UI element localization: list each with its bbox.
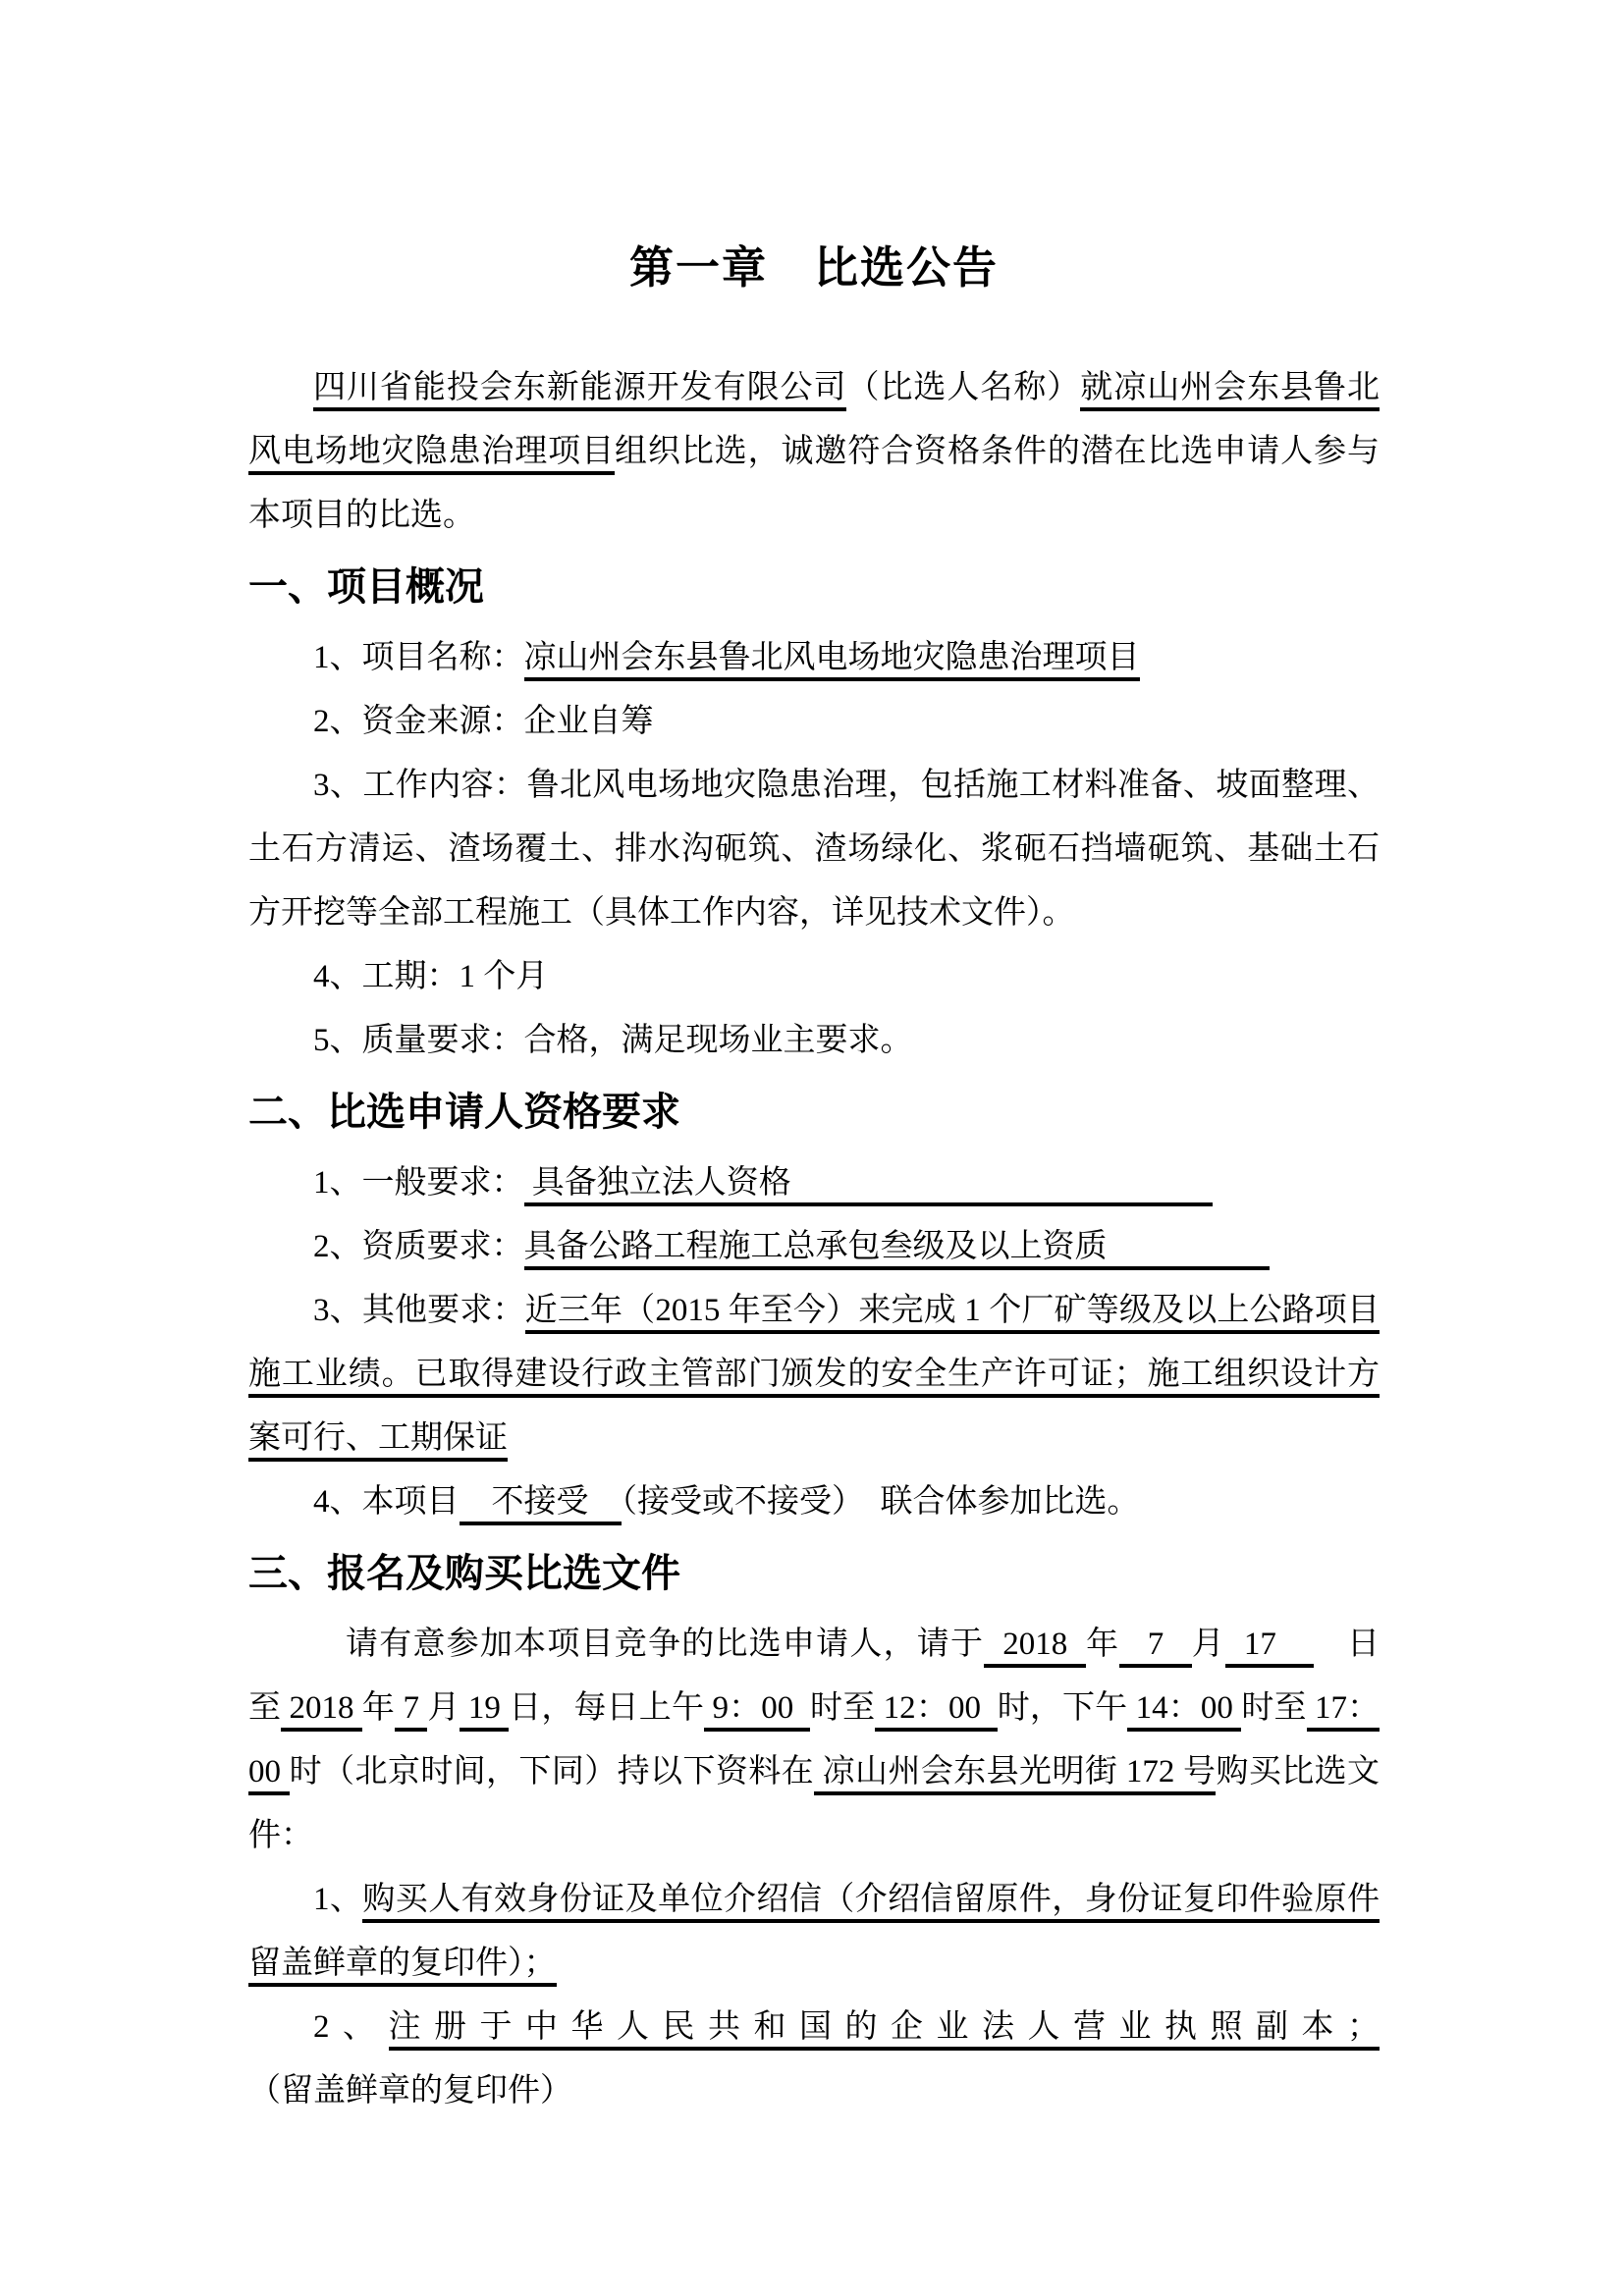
text-run: （留盖鲜章的复印件） bbox=[248, 2073, 572, 2109]
other-requirement-item: 3、其他要求：近三年（2015 年至今）来完成 1 个厂矿等级及以上公路项目施工… bbox=[248, 1279, 1380, 1470]
underlined-text-run: 注册于中华人民共和国的企业法人营业执照副本； bbox=[389, 2009, 1380, 2051]
registration-paragraph: 请有意参加本项目竞争的比选申请人，请于 2018 年 7 月 17 日至 201… bbox=[248, 1613, 1380, 1868]
text-run: 4、本项目 bbox=[313, 1484, 460, 1520]
general-requirement-item: 1、一般要求： 具备独立法人资格 bbox=[248, 1151, 1380, 1215]
project-name-item: 1、项目名称：凉山州会东县鲁北风电场地灾隐患治理项目 bbox=[248, 626, 1380, 690]
underlined-text-run: 不接受 bbox=[460, 1484, 622, 1525]
text-run: 时，下午 bbox=[998, 1690, 1128, 1726]
text-run: 三、报名及购买比选文件 bbox=[248, 1551, 680, 1595]
underlined-text-run: 具备独立法人资格 bbox=[524, 1165, 1213, 1206]
text-run: 3、其他要求： bbox=[313, 1293, 525, 1328]
text-run: 1、 bbox=[313, 1882, 362, 1917]
qualification-requirement-item: 2、资质要求：具备公路工程施工总承包叁级及以上资质 bbox=[248, 1215, 1380, 1279]
section-1-heading: 一、项目概况 bbox=[248, 548, 1380, 626]
intro-paragraph: 四川省能投会东新能源开发有限公司（比选人名称）就凉山州会东县鲁北风电场地灾隐患治… bbox=[248, 356, 1380, 548]
text-run: 1、一般要求： bbox=[313, 1165, 524, 1201]
work-content-item: 3、工作内容：鲁北风电场地灾隐患治理，包括施工材料准备、坡面整理、土石方清运、渣… bbox=[248, 754, 1380, 945]
document-page: 第一章 比选公告 四川省能投会东新能源开发有限公司（比选人名称）就凉山州会东县鲁… bbox=[0, 0, 1624, 2296]
underlined-text-run: 四川省能投会东新能源开发有限公司 bbox=[313, 370, 846, 411]
text-run: 请有意参加本项目竞争的比选申请人，请于 bbox=[346, 1627, 984, 1662]
text-run: 月 bbox=[427, 1690, 460, 1726]
text-run: 年 bbox=[362, 1690, 395, 1726]
underlined-text-run: 2018 bbox=[984, 1627, 1086, 1668]
text-run: 2、资质要求： bbox=[313, 1229, 524, 1264]
underlined-text-run: 具备公路工程施工总承包叁级及以上资质 bbox=[524, 1229, 1270, 1270]
text-run: （比选人名称） bbox=[846, 370, 1080, 405]
text-run: 年 bbox=[1086, 1627, 1119, 1662]
text-run: 时至 bbox=[810, 1690, 875, 1726]
underlined-text-run: 17 bbox=[1225, 1627, 1314, 1668]
consortium-item: 4、本项目 不接受 （接受或不接受） 联合体参加比选。 bbox=[248, 1470, 1380, 1534]
underlined-text-run: 12：00 bbox=[875, 1690, 997, 1732]
text-run: 一、项目概况 bbox=[248, 564, 484, 609]
document-body: 四川省能投会东新能源开发有限公司（比选人名称）就凉山州会东县鲁北风电场地灾隐患治… bbox=[248, 356, 1380, 2123]
section-2-heading: 二、比选申请人资格要求 bbox=[248, 1073, 1380, 1151]
text-run: 3、工作内容：鲁北风电场地灾隐患治理，包括施工材料准备、坡面整理、土石方清运、渣… bbox=[248, 768, 1380, 931]
underlined-text-run: 凉山州会东县光明街 172 号 bbox=[814, 1754, 1216, 1795]
text-run: 时（北京时间，下同）持以下资料在 bbox=[290, 1754, 814, 1789]
text-run: 时至 bbox=[1241, 1690, 1306, 1726]
text-run: 月 bbox=[1192, 1627, 1225, 1662]
text-run: （接受或不接受） 联合体参加比选。 bbox=[622, 1484, 1140, 1520]
quality-item: 5、质量要求：合格，满足现场业主要求。 bbox=[248, 1009, 1380, 1073]
underlined-text-run: 19 bbox=[460, 1690, 509, 1732]
text-run: 5、质量要求：合格，满足现场业主要求。 bbox=[313, 1023, 913, 1058]
funding-source-item: 2、资金来源：企业自筹 bbox=[248, 690, 1380, 754]
chapter-title: 第一章 比选公告 bbox=[248, 239, 1380, 297]
text-run: 2、 bbox=[313, 2009, 389, 2045]
underlined-text-run: 9：00 bbox=[704, 1690, 810, 1732]
underlined-text-run: 14：00 bbox=[1127, 1690, 1241, 1732]
underlined-text-run: 凉山州会东县鲁北风电场地灾隐患治理项目 bbox=[524, 640, 1140, 681]
purchase-material-1-item: 1、购买人有效身份证及单位介绍信（介绍信留原件，身份证复印件验原件留盖鲜章的复印… bbox=[248, 1868, 1380, 1996]
underlined-text-run: 购买人有效身份证及单位介绍信（介绍信留原件，身份证复印件验原件留盖鲜章的复印件）… bbox=[248, 1882, 1380, 1987]
text-run: 日，每日上午 bbox=[509, 1690, 704, 1726]
text-run: 2、资金来源：企业自筹 bbox=[313, 704, 654, 739]
duration-item: 4、工期：1 个月 bbox=[248, 945, 1380, 1009]
section-3-heading: 三、报名及购买比选文件 bbox=[248, 1534, 1380, 1613]
purchase-material-2-item: 2、注册于中华人民共和国的企业法人营业执照副本；（留盖鲜章的复印件） bbox=[248, 1996, 1380, 2123]
document-content: 第一章 比选公告 四川省能投会东新能源开发有限公司（比选人名称）就凉山州会东县鲁… bbox=[248, 239, 1380, 2123]
text-run: 4、工期：1 个月 bbox=[313, 959, 548, 994]
text-run: 二、比选申请人资格要求 bbox=[248, 1090, 680, 1134]
text-run: 1、项目名称： bbox=[313, 640, 524, 675]
underlined-text-run: 7 bbox=[395, 1690, 427, 1732]
underlined-text-run: 7 bbox=[1119, 1627, 1191, 1668]
underlined-text-run: 2018 bbox=[281, 1690, 362, 1732]
